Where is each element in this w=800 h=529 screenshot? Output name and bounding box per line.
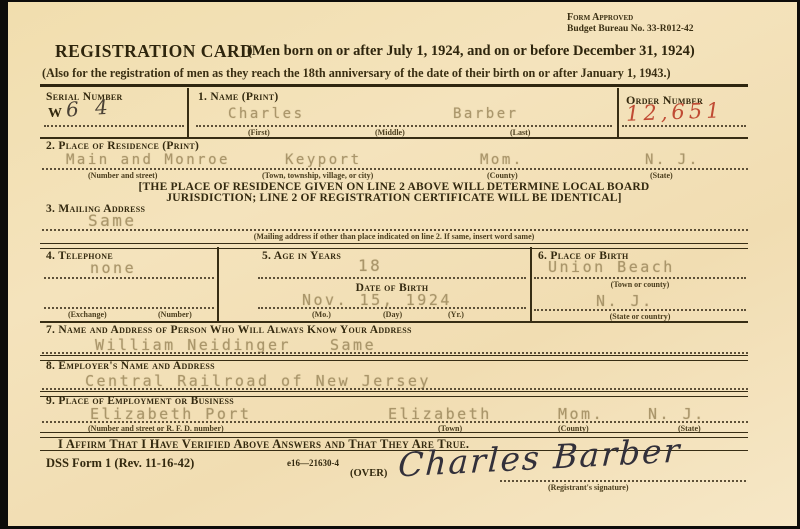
rowD-bottom-rule [40, 321, 748, 323]
birthplace-sub-town: (Town or county) [534, 280, 746, 289]
telephone-dotted-line1 [44, 277, 214, 279]
employer-label: 8. Employer's Name and Address [46, 360, 215, 372]
name-label: 1. Name (Print) [198, 91, 279, 103]
signature-dotted-line [500, 480, 746, 482]
order-dotted-line [622, 125, 746, 127]
over-text: (OVER) [350, 468, 387, 479]
telephone-sub-number: (Number) [158, 310, 192, 319]
telephone-dotted-line2 [44, 307, 214, 309]
mailing-address-value: Same [88, 211, 137, 230]
order-number-handwritten: 12,651 [626, 98, 724, 125]
divider-age-birthplace [530, 247, 532, 321]
name-last-value: Barber [453, 106, 519, 122]
residence-dotted-line [42, 168, 748, 170]
residence-label: 2. Place of Residence (Print) [46, 140, 199, 152]
residence-sub-state: (State) [650, 171, 673, 180]
mailing-dotted-line [42, 229, 748, 231]
residence-state-value: N. J. [645, 152, 700, 168]
name-first-value: Charles [228, 106, 305, 122]
contact-dotted-line [42, 352, 748, 354]
mailing-sub-label: (Mailing address if other than place ind… [40, 232, 748, 241]
age-value: 18 [358, 256, 382, 275]
telephone-sub-exchange: (Exchange) [68, 310, 107, 319]
name-sub-last: (Last) [510, 128, 530, 137]
title-eligibility-note: (Men born on or after July 1, 1924, and … [247, 43, 695, 60]
rowA-bottom-rule [40, 137, 748, 139]
residence-county-value: Mom. [480, 152, 524, 168]
birthplace-dotted-line2 [534, 309, 746, 311]
serial-prefix: W [48, 106, 62, 122]
dob-sub-day: (Day) [383, 310, 402, 319]
budget-bureau-number: Budget Bureau No. 33-R012-42 [567, 24, 694, 35]
name-sub-first: (First) [248, 128, 270, 137]
birthplace-dotted-line1 [534, 277, 746, 279]
divider-name-order [617, 88, 619, 138]
residence-sub-street: (Number and street) [88, 171, 157, 180]
dob-sub-month: (Mo.) [312, 310, 331, 319]
residence-street-value: Main and Monroe [66, 152, 230, 168]
dob-sub-year: (Yr.) [448, 310, 464, 319]
employment-dotted-line [42, 421, 748, 423]
print-code-text: e16—21630-4 [287, 458, 339, 468]
residence-sub-town: (Town, township, village, or city) [262, 171, 373, 180]
residence-note-line2: JURISDICTION; LINE 2 OF REGISTRATION CER… [40, 192, 748, 204]
employer-dotted-line [42, 388, 748, 390]
contact-label: 7. Name and Address of Person Who Will A… [46, 324, 412, 336]
name-dotted-line [196, 125, 612, 127]
serial-number-handwritten: 6 4 [65, 94, 113, 121]
age-label: 5. Age in Years [262, 250, 341, 262]
age-dotted-line [258, 277, 526, 279]
dob-dotted-line [258, 307, 526, 309]
telephone-value: none [90, 259, 136, 277]
serial-dotted-line [44, 125, 184, 127]
divider-telephone-age [217, 247, 219, 321]
table-top-rule [40, 84, 748, 87]
rowC-bottom-rule [40, 243, 748, 249]
registration-card-scan: Form Approved Budget Bureau No. 33-R012-… [0, 0, 800, 529]
form-approved-text: Form Approved [567, 12, 633, 23]
page-title: REGISTRATION CARD [55, 41, 253, 62]
birthplace-sub-state: (State or country) [534, 312, 746, 321]
residence-sub-county: (County) [487, 171, 518, 180]
signature-sub-label: (Registrant's signature) [548, 483, 629, 492]
title-subtitle-note: (Also for the registration of men as the… [42, 66, 671, 81]
divider-serial-name [187, 88, 189, 138]
residence-town-value: Keyport [285, 152, 362, 168]
form-id-text: DSS Form 1 (Rev. 11-16-42) [46, 456, 194, 471]
name-sub-middle: (Middle) [375, 128, 405, 137]
birthplace-town-value: Union Beach [548, 258, 675, 276]
birthplace-state-value: N. J. [596, 292, 654, 310]
